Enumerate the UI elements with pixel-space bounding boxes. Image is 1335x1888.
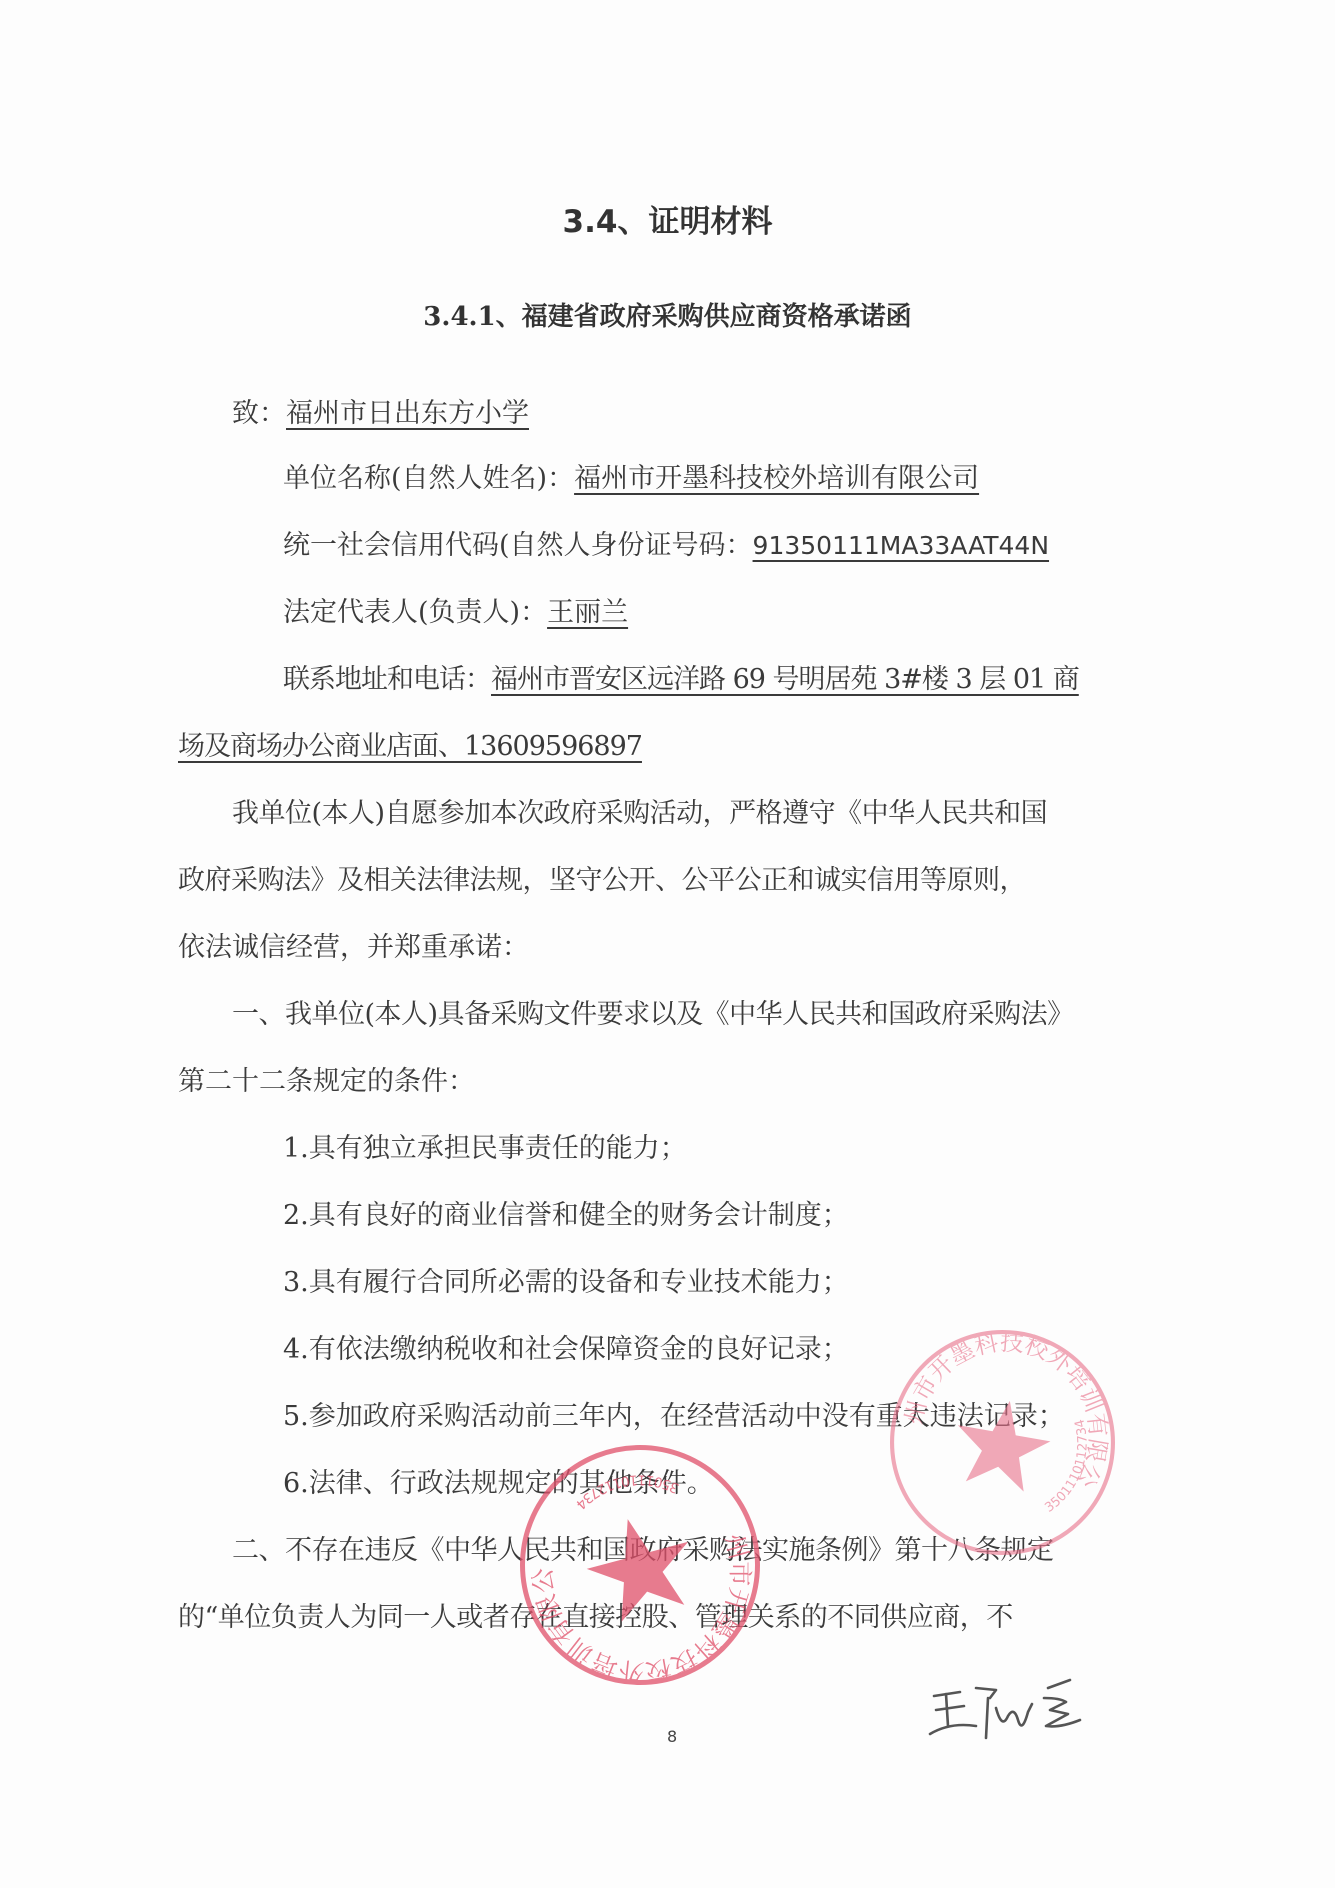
section-title: 3.4、证明材料 (0, 196, 1335, 241)
condition-6: 6.法律、行政法规规定的其他条件。 (283, 1466, 714, 1502)
field-value: 王丽兰 (547, 597, 628, 628)
page-number: 8 (667, 1727, 677, 1746)
seal-icon: 福州市开墨科技校外培训有限公司 3501110112734 (885, 1325, 1120, 1560)
field-value-cont: 场及商场办公商业店面、13609596897 (178, 731, 642, 762)
addressee-label: 致： (232, 398, 286, 429)
company-seal-stamp-2: 福州市开墨科技校外培训有限公司 3501110112734 (885, 1325, 1120, 1560)
field-label: 统一社会信用代码(自然人身份证号码： (283, 530, 753, 561)
field-value: 福州市晋安区远洋路 69 号明居苑 3#楼 3 层 01 商 (491, 664, 1079, 695)
signature-icon (920, 1668, 1090, 1748)
intro-line-3: 依法诚信经营，并郑重承诺： (178, 930, 529, 966)
addressee-value: 福州市日出东方小学 (286, 398, 529, 429)
section2-line-1: 二、不存在违反《中华人民共和国政府采购法实施条例》第十八条规定 (232, 1533, 1054, 1569)
field-label: 法定代表人(负责人)： (283, 597, 547, 628)
intro-line-1: 我单位(本人)自愿参加本次政府采购活动，严格遵守《中华人民共和国 (232, 796, 1047, 832)
section1-line-1: 一、我单位(本人)具备采购文件要求以及《中华人民共和国政府采购法》 (232, 997, 1074, 1033)
condition-1: 1.具有独立承担民事责任的能力； (283, 1131, 687, 1167)
field-credit-code: 统一社会信用代码(自然人身份证号码：91350111MA33AAT44N (283, 528, 1049, 564)
field-value: 91350111MA33AAT44N (753, 531, 1049, 560)
intro-line-2: 政府采购法》及相关法律法规，坚守公开、公平公正和诚实信用等原则， (178, 863, 1026, 899)
section1-line-2: 第二十二条规定的条件： (178, 1064, 475, 1100)
section2-line-2: 的“单位负责人为同一人或者存在直接控股、管理关系的不同供应商，不 (178, 1600, 1013, 1636)
condition-4: 4.有依法缴纳税收和社会保障资金的良好记录； (283, 1332, 849, 1368)
condition-2: 2.具有良好的商业信誉和健全的财务会计制度； (283, 1198, 849, 1234)
field-label: 联系地址和电话： (283, 664, 491, 695)
condition-3: 3.具有履行合同所必需的设备和专业技术能力； (283, 1265, 849, 1301)
handwritten-signature (920, 1668, 1090, 1748)
field-address: 联系地址和电话：福州市晋安区远洋路 69 号明居苑 3#楼 3 层 01 商 (283, 662, 1079, 698)
field-label: 单位名称(自然人姓名)： (283, 463, 574, 494)
field-address-cont: 场及商场办公商业店面、13609596897 (178, 729, 642, 765)
field-legal-rep: 法定代表人(负责人)：王丽兰 (283, 595, 628, 631)
section-subtitle: 3.4.1、福建省政府采购供应商资格承诺函 (0, 296, 1335, 333)
field-company-name: 单位名称(自然人姓名)：福州市开墨科技校外培训有限公司 (283, 461, 979, 497)
condition-5: 5.参加政府采购活动前三年内，在经营活动中没有重大违法记录； (283, 1399, 1065, 1435)
field-value: 福州市开墨科技校外培训有限公司 (574, 463, 979, 494)
addressee-line: 致：福州市日出东方小学 (232, 396, 529, 432)
